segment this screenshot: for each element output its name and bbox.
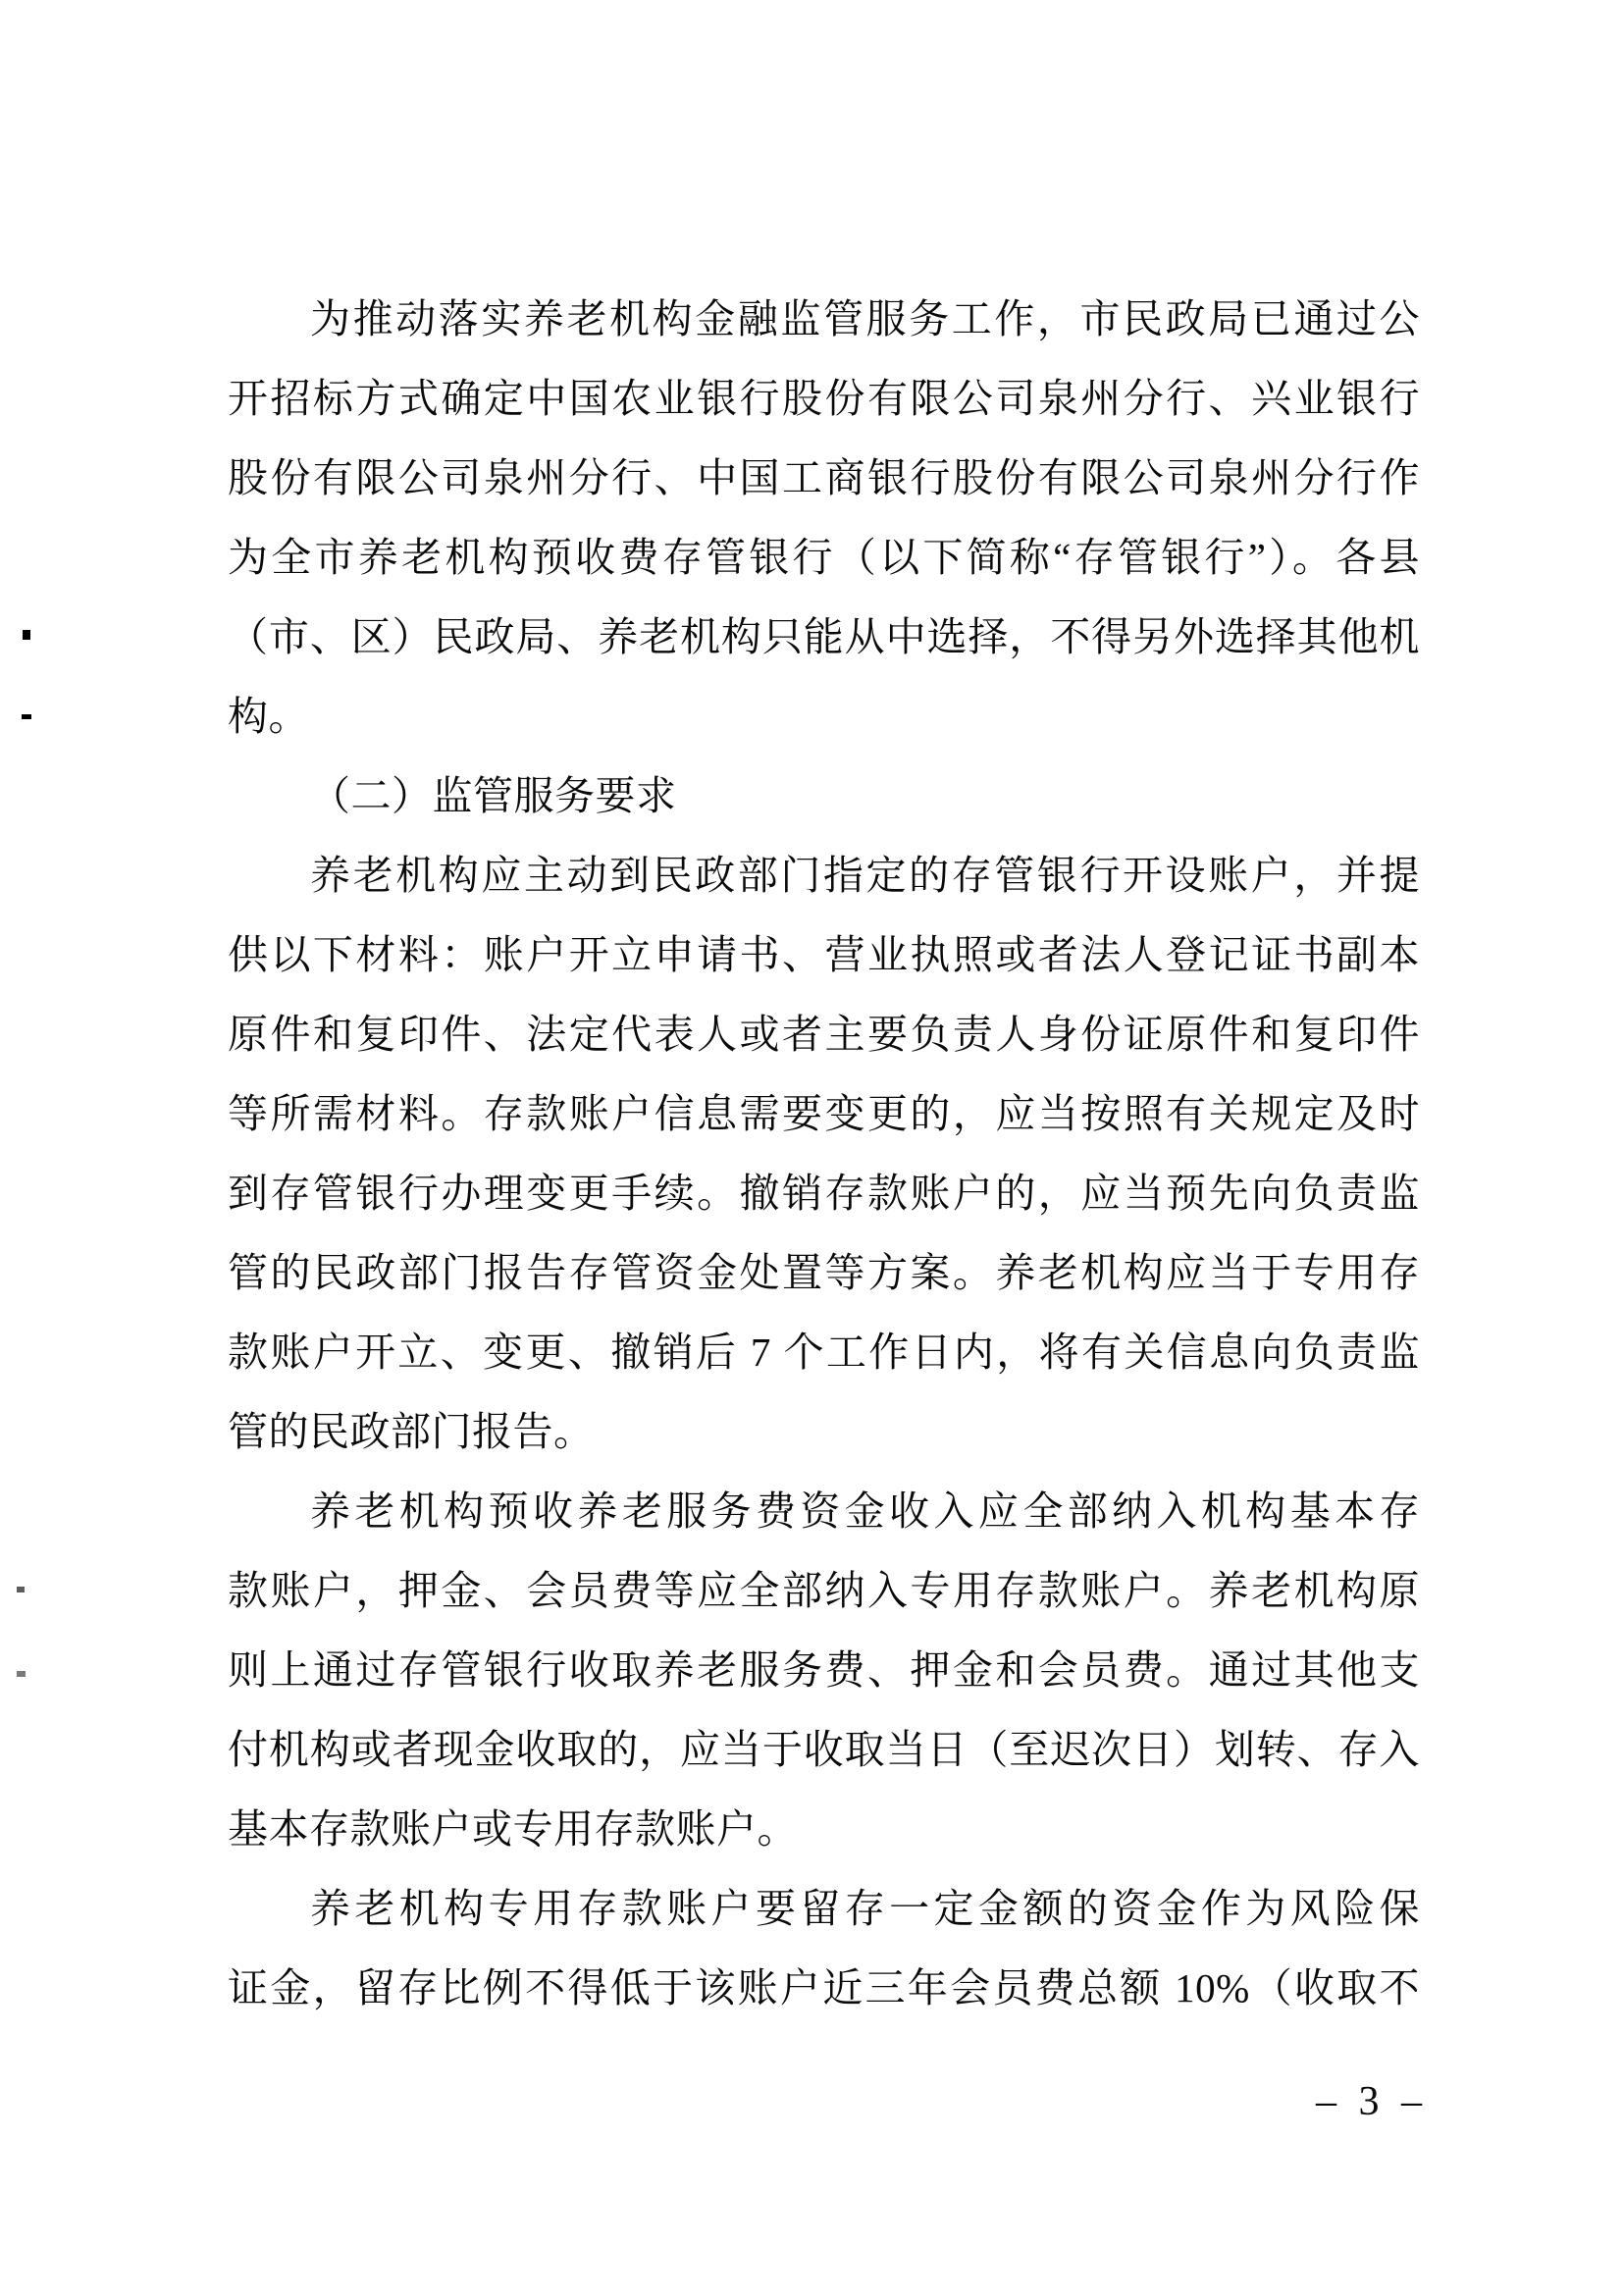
text-line: 为推动落实养老机构金融监管服务工作，市民政局已通过公 [228,280,1420,359]
margin-mark-1 [23,630,30,640]
text-line: 款账户开立、变更、撤销后 7 个工作日内，将有关信息向负责监 [228,1313,1420,1392]
text-line: 供以下材料：账户开立申请书、营业执照或者法人登记证书副本 [228,915,1420,995]
page-number: – 3 – [1310,2072,1428,2131]
text-line: 等所需材料。存款账户信息需要变更的，应当按照有关规定及时 [228,1074,1420,1154]
text-line: 款账户，押金、会员费等应全部纳入专用存款账户。养老机构原 [228,1551,1420,1631]
text-line: 开招标方式确定中国农业银行股份有限公司泉州分行、兴业银行 [228,359,1420,439]
text-line: 构。 [228,677,1420,757]
section-heading: （二）监管服务要求 [228,757,1420,836]
text-line: （市、区）民政局、养老机构只能从中选择，不得另外选择其他机 [228,598,1420,677]
margin-mark-3 [17,1587,25,1592]
document-page: 为推动落实养老机构金融监管服务工作，市民政局已通过公 开招标方式确定中国农业银行… [0,0,1623,2296]
text-line: 基本存款账户或专用存款账户。 [228,1790,1420,1869]
text-line: 证金，留存比例不得低于该账户近三年会员费总额 10%（收取不 [228,1949,1420,2028]
text-line: 管的民政部门报告存管资金处置等方案。养老机构应当于专用存 [228,1233,1420,1313]
text-line: 股份有限公司泉州分行、中国工商银行股份有限公司泉州分行作 [228,439,1420,518]
text-line: 为全市养老机构预收费存管银行（以下简称“存管银行”）。各县 [228,518,1420,598]
text-line: 原件和复印件、法定代表人或者主要负责人身份证原件和复印件 [228,995,1420,1074]
margin-mark-2 [22,714,31,719]
text-line: 养老机构应主动到民政部门指定的存管银行开设账户，并提 [228,836,1420,915]
text-line: 付机构或者现金收取的，应当于收取当日（至迟次日）划转、存入 [228,1710,1420,1790]
margin-mark-4 [17,1671,26,1677]
document-body: 为推动落实养老机构金融监管服务工作，市民政局已通过公 开招标方式确定中国农业银行… [228,280,1420,2028]
text-line: 养老机构预收养老服务费资金收入应全部纳入机构基本存 [228,1472,1420,1551]
text-line: 到存管银行办理变更手续。撤销存款账户的，应当预先向负责监 [228,1154,1420,1233]
text-line: 管的民政部门报告。 [228,1392,1420,1472]
text-line: 养老机构专用存款账户要留存一定金额的资金作为风险保 [228,1869,1420,1949]
text-line: 则上通过存管银行收取养老服务费、押金和会员费。通过其他支 [228,1631,1420,1710]
